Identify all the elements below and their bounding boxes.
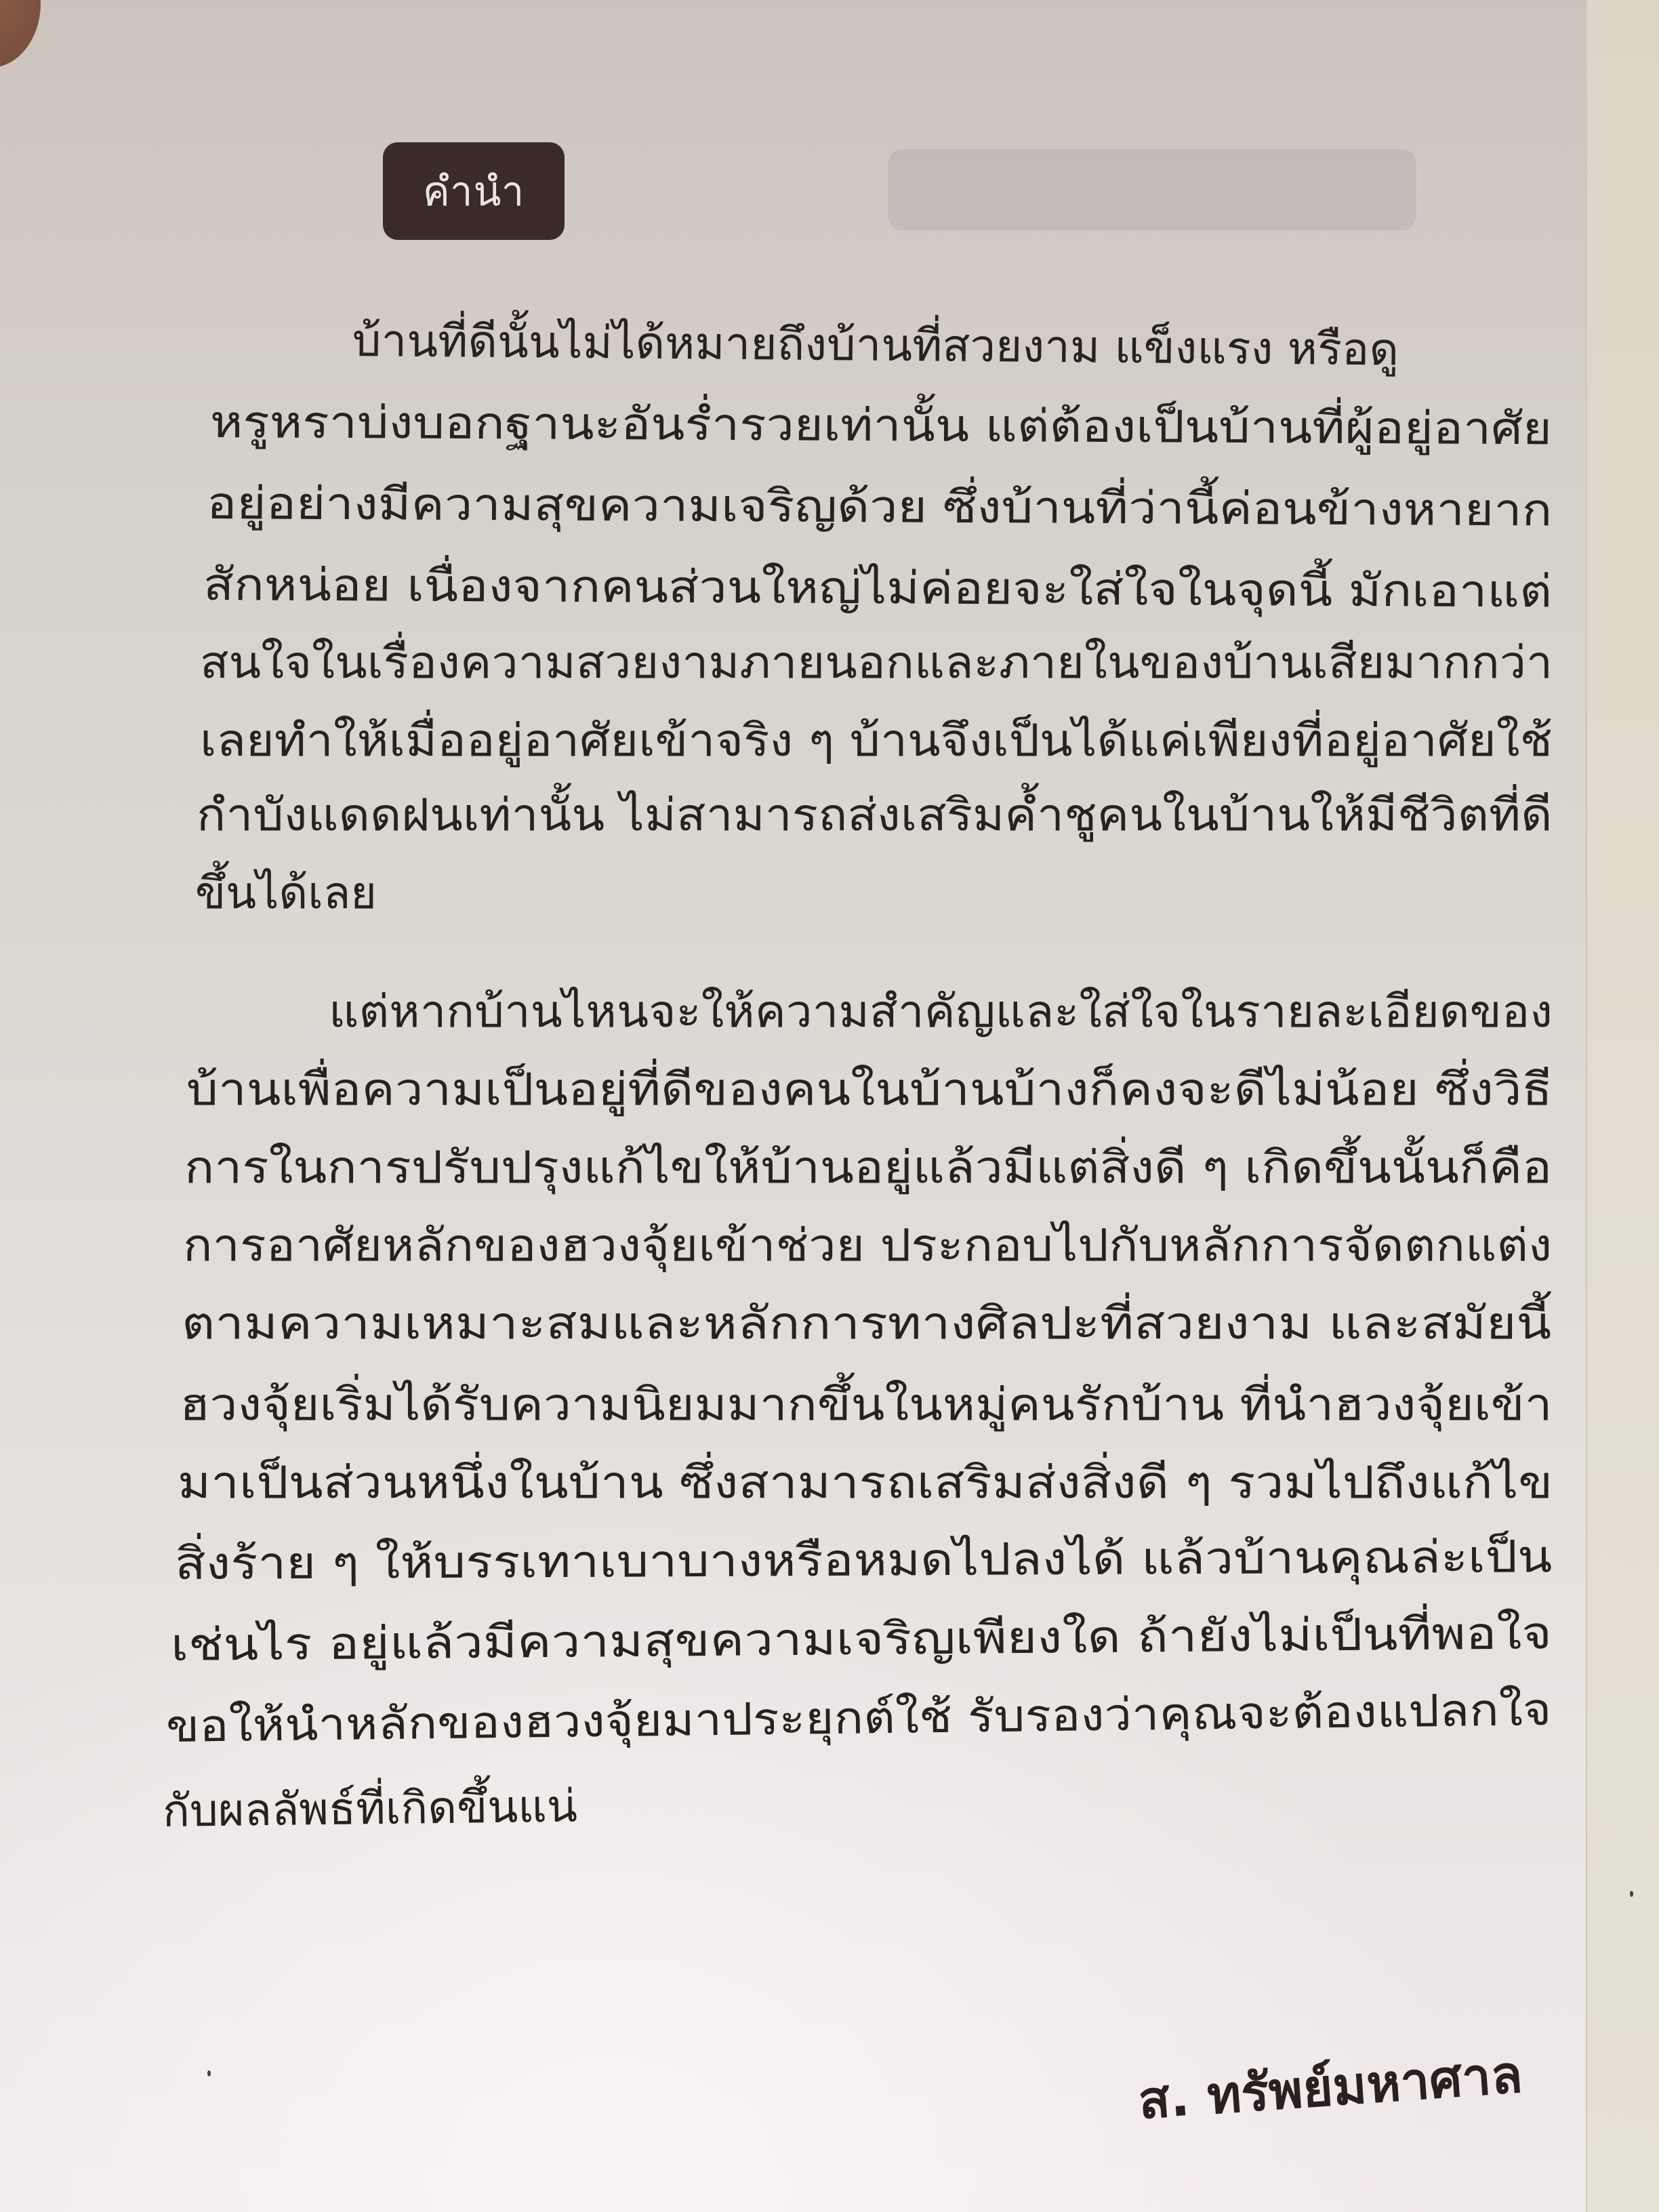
bleed-through-heading: [888, 149, 1416, 230]
text-line: บ้านที่ดีนั้นไม่ได้หมายถึงบ้านที่สวยงาม …: [352, 319, 1552, 373]
text-line: การในการปรับปรุงแก้ไขให้บ้านอยู่แล้วมีแต…: [184, 1145, 1552, 1190]
text-line: ขึ้นได้เลย: [195, 871, 377, 916]
text-line: กับผลลัพธ์ที่เกิดขึ้นแน่: [163, 1784, 578, 1834]
text-line: แต่หากบ้านไหนจะให้ความสำคัญและใส่ใจในราย…: [329, 989, 1553, 1034]
next-page-edge: [1586, 0, 1659, 2212]
text-line: กำบังแดดฝนเท่านั้น ไม่สามารถส่งเสริมค้ำช…: [197, 793, 1552, 838]
text-line: สักหน่อย เนื่องจากคนส่วนใหญ่ไม่ค่อยจะใส่…: [203, 562, 1552, 614]
text-line: หรูหราบ่งบอกฐานะอันร่ำรวยเท่านั้น แต่ต้อ…: [210, 400, 1552, 451]
text-line: บ้านเพื่อความเป็นอยู่ที่ดีของคนในบ้านบ้า…: [186, 1067, 1553, 1112]
text-line: การอาศัยหลักของฮวงจุ้ยเข้าช่วย ประกอบไปก…: [183, 1223, 1552, 1268]
text-line: ฮวงจุ้ยเริ่มได้รับความนิยมมากขึ้นในหมู่ค…: [180, 1382, 1553, 1427]
heading-badge: คำนำ: [383, 142, 565, 240]
text-line: อยู่อย่างมีความสุขความเจริญด้วย ซึ่งบ้าน…: [207, 481, 1553, 533]
text-line: ตามความเหมาะสมและหลักการทางศิลปะที่สวยงา…: [182, 1301, 1551, 1346]
text-line: เลยทำให้เมื่ออยู่อาศัยเข้าจริง ๆ บ้านจึง…: [200, 718, 1553, 763]
text-line: มาเป็นส่วนหนึ่งในบ้าน ซึ่งสามารถเสริมส่ง…: [178, 1460, 1553, 1505]
text-line: เช่นไร อยู่แล้วมีความสุขความเจริญเพียงใด…: [171, 1611, 1552, 1668]
text-line: สิ่งร้าย ๆ ให้บรรเทาเบาบางหรือหมดไปลงได้…: [175, 1534, 1553, 1586]
paper-speck: [207, 2070, 211, 2076]
paper-speck: [1630, 1891, 1633, 1897]
page-title: คำนำ: [423, 159, 525, 224]
text-line: สนใจในเรื่องความสวยงามภายนอกและภายในของบ…: [200, 640, 1553, 685]
